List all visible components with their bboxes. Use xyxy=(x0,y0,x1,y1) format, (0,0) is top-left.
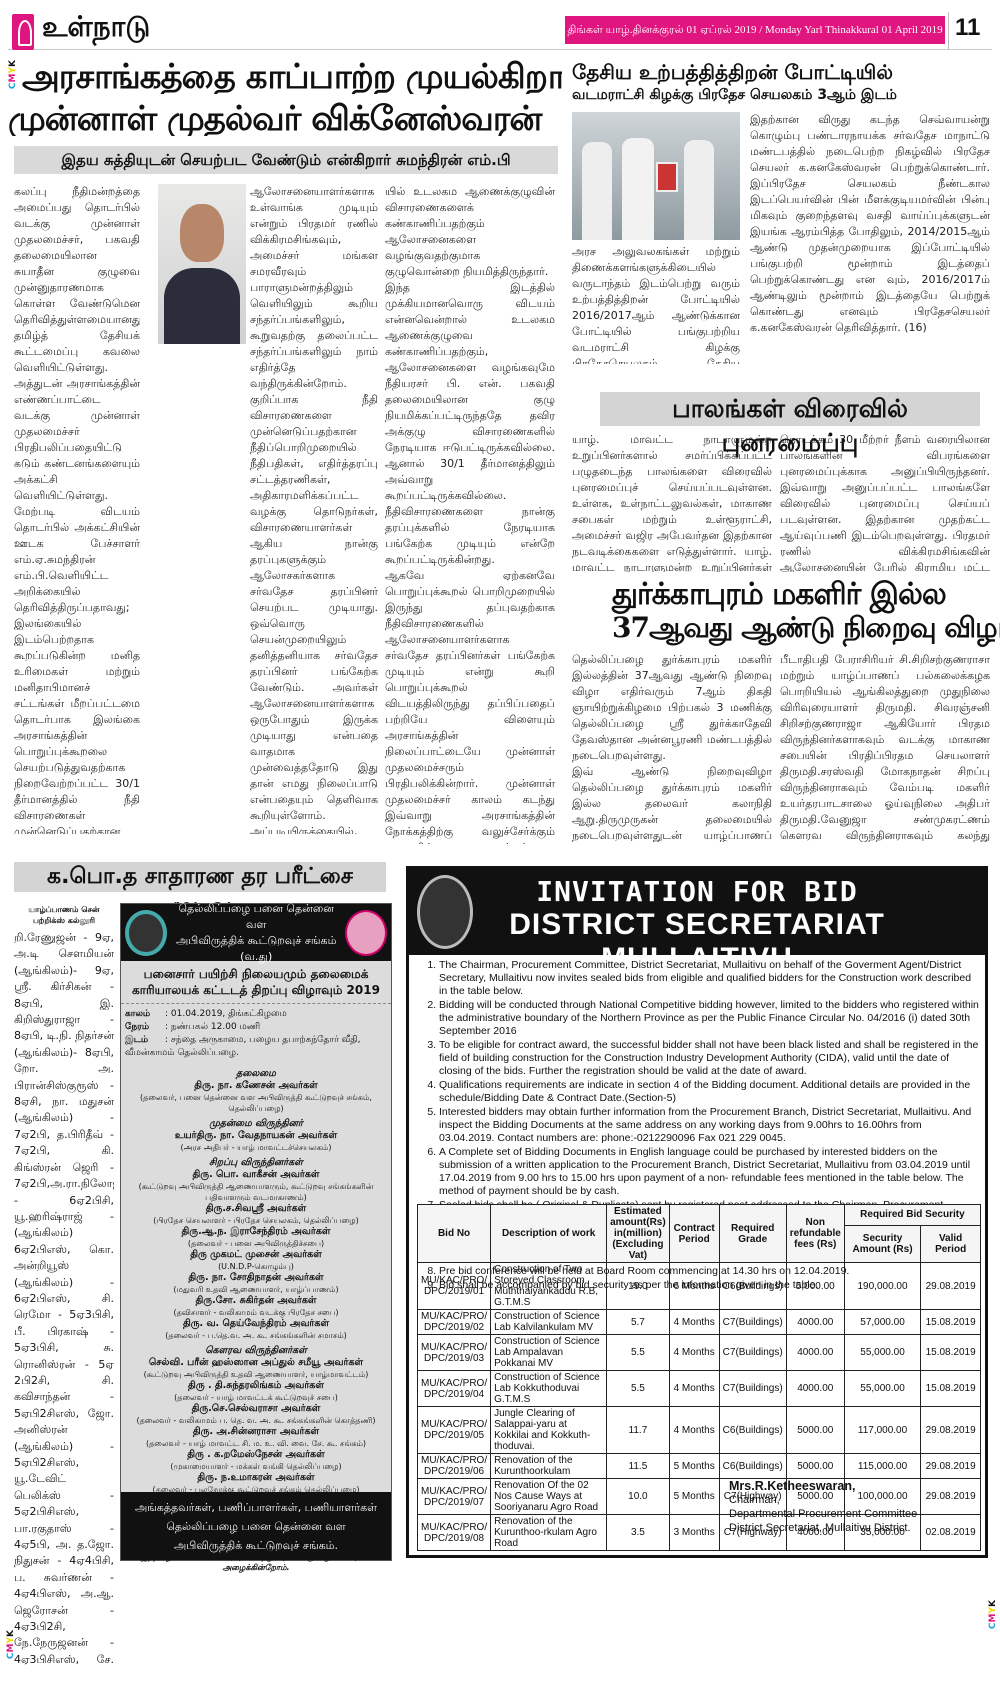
th-period: Contract Period xyxy=(669,1205,719,1263)
cell-security: 117,000.00 xyxy=(844,1407,920,1454)
lead-column-2: ஆலோசனையாளர்களாக உள்வாங்க முடியும் என்றும… xyxy=(250,184,378,834)
cell-estimated: 11.5 xyxy=(607,1454,670,1479)
story4-right-text: பீடாதிபதி பேராசிரியர் சி.சிறிசற்குணராசா … xyxy=(780,652,990,842)
event-ad-header: தெல்லிப்பழை பனை தென்னை வள அபிவிருத்திக் … xyxy=(121,904,391,961)
story2-headline: தேசிய உற்பத்தித்திறன் போட்டியில் xyxy=(572,60,992,84)
cell-period: 4 Months xyxy=(669,1310,719,1335)
results-list: றி.ரேணுஜன் - 9ஏ, அ.டி செளமியன் (ஆங்கிலம்… xyxy=(14,930,114,1670)
cell-bid-no: MU/KAC/PRO/ DPC/2019/04 xyxy=(418,1371,491,1407)
cell-valid: 29.08.2019 xyxy=(921,1407,981,1454)
signatory-line3: Departmental Procurement Committee xyxy=(729,1507,917,1521)
table-row: MU/KAC/PRO/ DPC/2019/04Construction of S… xyxy=(418,1371,981,1407)
cell-grade: C6(Buildings) xyxy=(719,1407,786,1454)
guest-role: (தலைவர் - பனை அபிவிருத்திச்சபை) xyxy=(121,1238,391,1249)
portrait-suit xyxy=(164,268,240,344)
newspaper-logo-icon xyxy=(12,14,34,50)
cell-description: Construction of Science Lab Kalvilankula… xyxy=(491,1310,607,1335)
footer-line1: அங்கத்தவர்கள், பணிப்பாளர்கள், பணியாளர்கள… xyxy=(121,1498,391,1517)
cell-bid-no: MU/KAC/PRO/ DPC/2019/07 xyxy=(418,1479,491,1515)
story2-photo xyxy=(572,112,740,240)
cell-period: 4 Months xyxy=(669,1407,719,1454)
cell-estimated: 19.0 xyxy=(607,1263,670,1310)
cmyk-mark: CMYK xyxy=(8,60,18,89)
cell-period: 6 Months xyxy=(669,1263,719,1310)
lead-headline-line1: அரசாங்கத்தை காப்பாற்ற முயல்கிறார் xyxy=(22,60,562,94)
guest-name: திரு . தி.சுந்தரலிங்கம் அவர்கள் xyxy=(121,1380,391,1392)
bid-clause: Bidding will be conducted through Nation… xyxy=(439,999,979,1038)
person-figure xyxy=(684,140,714,240)
cell-period: 4 Months xyxy=(669,1371,719,1407)
guest-section-heading: சிறப்பு விருந்தினர்கள் xyxy=(121,1157,391,1169)
cell-period: 5 Months xyxy=(669,1479,719,1515)
cell-grade: C6(Buildings) xyxy=(719,1454,786,1479)
info-label-time: நேரம் xyxy=(125,1021,165,1034)
cell-valid: 29.08.2019 xyxy=(921,1454,981,1479)
guest-role: (முகாமையாளர் - மக்கள் வங்கி தெல்லிப்பழை) xyxy=(121,1461,391,1472)
section-title: உள்நாடு xyxy=(42,10,150,47)
cell-security: 55,000.00 xyxy=(844,1371,920,1407)
event-org-line2: அபிவிருத்திக் கூட்டுறவுச் சங்கம் (வ.து) xyxy=(167,933,345,965)
guest-name: திரு.ச.சிவஸ்ரீ அவர்கள் xyxy=(121,1203,391,1215)
cell-fees: 5000.00 xyxy=(786,1407,844,1454)
event-guest-sections: தலைமைதிரு. நா. கணேசன் அவர்கள்(தலைவர், பன… xyxy=(121,1068,391,1518)
th-security-group: Required Bid Security xyxy=(844,1205,980,1226)
event-title-line2: காரியாலயக் கட்டடத் திறப்பு விழாவும் 2019 xyxy=(121,982,391,998)
story4-headline-line1: துர்க்காபுரம் மகளிர் இல்ல xyxy=(612,580,992,610)
footer-line2: தெல்லிப்பழை பனை தென்னை வள xyxy=(121,1517,391,1536)
th-security-amount: Security Amount (Rs) xyxy=(844,1225,920,1262)
results-headline: க.பொ.த சாதாரண தர பரீட்சை முடிவு xyxy=(14,862,386,892)
cell-description: Renovation of the Kurunthoorkulam xyxy=(491,1454,607,1479)
th-bid-no: Bid No xyxy=(418,1205,491,1263)
story3-headline: பாலங்கள் விரைவில் புனரமைப்பு xyxy=(600,392,980,426)
lead-headline-line2: முன்னாள் முதல்வர் விக்னேஸ்வரன் xyxy=(8,102,562,136)
cell-security: 115,000.00 xyxy=(844,1454,920,1479)
divider xyxy=(948,12,949,50)
cell-description: Construction of Two Storeyed Classroom M… xyxy=(491,1263,607,1310)
cell-estimated: 5.5 xyxy=(607,1335,670,1371)
lead-subhead: இதய சுத்தியுடன் செயற்பட வேண்டும் என்கிறா… xyxy=(14,146,558,174)
cell-fees: 4000.00 xyxy=(786,1310,844,1335)
signature-block: Mrs.R.Ketheeswaran, Chairman, Department… xyxy=(729,1479,917,1535)
guest-name: திரு . க.றமேஸ்நேசன் அவர்கள் xyxy=(121,1449,391,1461)
guest-section-heading: தலைமை xyxy=(121,1068,391,1080)
guest-role: (தலைவர் - ப.தெ.வ. அ. கூ. சங்கங்களின் சமா… xyxy=(121,1330,391,1341)
event-title-line1: பனைசார் பயிற்சி நிலையமும் தலைமைக் xyxy=(121,966,391,982)
th-grade: Required Grade xyxy=(719,1205,786,1263)
event-info: காலம்: 01.04.2019, திங்கட்கிழமை நேரம்: ந… xyxy=(121,1004,391,1064)
info-value-date: : 01.04.2019, திங்கட்கிழமை xyxy=(165,1009,287,1019)
cell-description: Renovation of the Kurunthoo-rkulam Agro … xyxy=(491,1515,607,1551)
cell-description: Construction of Science Lab Kokkuthoduva… xyxy=(491,1371,607,1407)
story4-left-text: தெல்லிப்பழை துர்க்காபுரம் மகளிர் இல்லத்த… xyxy=(572,652,772,842)
info-label-venue: இடம் xyxy=(125,1034,165,1047)
bid-clause: Qualifications requirements are indicate… xyxy=(439,1079,979,1105)
cell-estimated: 3.5 xyxy=(607,1515,670,1551)
th-fees: Non refundable fees (Rs) xyxy=(786,1205,844,1263)
guest-name: திரு. வ. தெய்வேந்திரம் அவர்கள் xyxy=(121,1318,391,1330)
lead-column-1: கலப்பு நீதிமன்றத்தை அமைப்பது தொடர்பில் வ… xyxy=(14,184,140,834)
cell-bid-no: MU/KAC/PRO/ DPC/2019/03 xyxy=(418,1335,491,1371)
page-number: 11 xyxy=(955,14,980,42)
th-valid: Valid Period xyxy=(921,1225,981,1262)
guest-role: (மதுவரி உதவி ஆணையாளர், யாழ்ப்பாணம்) xyxy=(121,1284,391,1295)
bid-notice: INVITATION FOR BID DISTRICT SECRETARIAT … xyxy=(406,866,988,1558)
story2-right-text: இதற்கான விருது கடந்த செவ்வாயன்று கொழும்ப… xyxy=(750,112,990,372)
footer-line3: அபிவிருத்திக் கூட்டுறவுச் சங்கம். xyxy=(121,1536,391,1555)
cell-description: Jungle Clearing of Salappai-yaru at Kokk… xyxy=(491,1407,607,1454)
cell-security: 190,000.00 xyxy=(844,1263,920,1310)
cell-fees: 4000.00 xyxy=(786,1371,844,1407)
guest-name: உயர்திரு. நா. வேதநாயகன் அவர்கள் xyxy=(121,1130,391,1142)
signatory-title: Chairman, xyxy=(729,1493,917,1507)
table-row: MU/KAC/PRO/ DPC/2019/06Renovation of the… xyxy=(418,1454,981,1479)
story3-right-text: தொடக்கம் 30 மீற்றர் நீளம் வரையிலான பாலங்… xyxy=(780,432,990,572)
table-row: MU/KAC/PRO/ DPC/2019/02Construction of S… xyxy=(418,1310,981,1335)
temple-seal-icon xyxy=(345,910,387,956)
guest-role: (தலைவர் - யாழ் மாவட்ட சி. ம. உ. வி. வை. … xyxy=(121,1438,391,1449)
guest-name: திரு. நா. சோதிநாதன் அவர்கள் xyxy=(121,1272,391,1284)
cell-description: Construction of Science Lab Ampalavan Po… xyxy=(491,1335,607,1371)
guest-role: (கூட்டுறவு அபிவிருத்தி ஆணையாளரும், கூட்ட… xyxy=(121,1181,391,1203)
th-estimated: Estimated amount(Rs) in(million) (Exclud… xyxy=(607,1205,670,1263)
guest-name: திரு. ந.உமாகரன் அவர்கள் xyxy=(121,1472,391,1484)
cooperative-logo-icon xyxy=(125,910,167,956)
cell-valid: 15.08.2019 xyxy=(921,1335,981,1371)
bid-header: INVITATION FOR BID DISTRICT SECRETARIAT … xyxy=(409,869,985,955)
cell-fees: 5,000.00 xyxy=(786,1263,844,1310)
results-school: யாழ்ப்பாணம் சென் பற்றிக்ஸ் கல்லூரி xyxy=(14,904,114,926)
bid-clause: Interested bidders may obtain further in… xyxy=(439,1106,979,1145)
cell-period: 5 Months xyxy=(669,1454,719,1479)
cell-valid: 29.08.2019 xyxy=(921,1479,981,1515)
cell-grade: C7(Buildings) xyxy=(719,1310,786,1335)
cell-security: 55,000.00 xyxy=(844,1335,920,1371)
info-value-time: : நண்பகல் 12.00 மணி xyxy=(165,1022,260,1032)
table-row: MU/KAC/PRO/ DPC/2019/05Jungle Clearing o… xyxy=(418,1407,981,1454)
cell-estimated: 5.5 xyxy=(607,1371,670,1407)
cell-bid-no: MU/KAC/PRO/ DPC/2019/02 xyxy=(418,1310,491,1335)
cell-bid-no: MU/KAC/PRO/ DPC/2019/06 xyxy=(418,1454,491,1479)
guest-role: (பிரதேச செயலாளர் - பிரதேச செயலகம், தெல்ல… xyxy=(121,1215,391,1226)
cell-security: 57,000.00 xyxy=(844,1310,920,1335)
bid-clause: The Chairman, Procurement Committee, Dis… xyxy=(439,959,979,998)
cell-period: 4 Months xyxy=(669,1335,719,1371)
event-advertisement: தெல்லிப்பழை பனை தென்னை வள அபிவிருத்திக் … xyxy=(120,903,392,1561)
person-figure xyxy=(582,142,612,240)
cell-estimated: 10.0 xyxy=(607,1479,670,1515)
guest-name: திரு. பொ. வாகீசன் அவர்கள் xyxy=(121,1169,391,1181)
dateline: திங்கள் யாழ்.தினக்குரல் 01 ஏப்ரல் 2019 /… xyxy=(565,16,945,44)
table-row: MU/KAC/PRO/ DPC/2019/03Construction of S… xyxy=(418,1335,981,1371)
cell-bid-no: MU/KAC/PRO/ DPC/2019/01 xyxy=(418,1263,491,1310)
person-figure xyxy=(622,138,654,240)
bid-clause: A Complete set of Bidding Documents in E… xyxy=(439,1146,979,1198)
sri-lanka-emblem-icon xyxy=(417,875,473,949)
bid-title: INVITATION FOR BID xyxy=(409,869,985,908)
guest-role: (தலைவர் - யாழ் மாவட்டக் கூட்டுறவுச் சபை) xyxy=(121,1392,391,1403)
cmyk-mark: CMYK xyxy=(988,1600,998,1629)
cell-bid-no: MU/KAC/PRO/ DPC/2019/08 xyxy=(418,1515,491,1551)
cell-estimated: 11.7 xyxy=(607,1407,670,1454)
guest-name: திரு. அ.சின்னராசா அவர்கள் xyxy=(121,1426,391,1438)
signatory-line4: District Secretariat, Mullaitivu Distric… xyxy=(729,1521,917,1535)
guest-role: (கூட்டுறவு அபிவிருத்தி உதவி ஆணையாளர், யா… xyxy=(121,1369,391,1380)
lead-column-3: யில் உடலகம ஆணைக்குழுவின் விசாரணைகளைக் கண… xyxy=(385,184,555,844)
guest-name: திரு.செ.செல்வராசா அவர்கள் xyxy=(121,1403,391,1415)
cell-bid-no: MU/KAC/PRO/ DPC/2019/05 xyxy=(418,1407,491,1454)
guest-name: திரு முகமட் முசைன் அவர்கள் xyxy=(121,1249,391,1261)
guest-name: திரு. நா. கணேசன் அவர்கள் xyxy=(121,1080,391,1092)
story2-left-text: அரச அலுவலகங்கள் மற்றும் திணைக்களங்களுக்க… xyxy=(572,244,740,364)
cell-period: 3 Months xyxy=(669,1515,719,1551)
lead-photo xyxy=(158,184,246,344)
guest-role: (அரச அதிபர் - யாழ் மாவட்டச்செயலகம்) xyxy=(121,1142,391,1153)
guest-name: செல்வி. பரீன் ஹஸ்ஸான அப்துல் சமீயூ அவர்க… xyxy=(121,1357,391,1369)
portrait-face xyxy=(180,204,224,262)
cell-description: Renovation Of the 02 Nos Cause Ways at S… xyxy=(491,1479,607,1515)
info-label-date: காலம் xyxy=(125,1008,165,1021)
guest-role: (தவிசாளர் - வலிகாமம் வடக்கு பிரதேச சபை) xyxy=(121,1307,391,1318)
award-certificate xyxy=(656,162,678,192)
cell-estimated: 5.7 xyxy=(607,1310,670,1335)
guest-section-heading: முதன்மை விருந்தினர் xyxy=(121,1118,391,1130)
table-row: MU/KAC/PRO/ DPC/2019/01Construction of T… xyxy=(418,1263,981,1310)
guest-role: (U.N.D.P-கொழும்பு) xyxy=(121,1261,391,1272)
th-description: Description of work xyxy=(491,1205,607,1263)
cell-grade: C7(Buildings) xyxy=(719,1371,786,1407)
cell-fees: 4000.00 xyxy=(786,1335,844,1371)
cell-valid: 15.08.2019 xyxy=(921,1310,981,1335)
guest-role: (தலைவர், பனை தென்னை வள அபிவிருத்தி கூட்ட… xyxy=(121,1092,391,1114)
guest-name: திரு.சோ. சுகிர்தன் அவர்கள் xyxy=(121,1295,391,1307)
story4-headline-line2: 37ஆவது ஆண்டு நிறைவு விழா xyxy=(612,614,992,642)
cell-valid: 29.08.2019 xyxy=(921,1263,981,1310)
cell-valid: 02.08.2019 xyxy=(921,1515,981,1551)
guest-name: திரு.ஆ.ந. இராசேந்திரம் அவர்கள் xyxy=(121,1226,391,1238)
signatory-name: Mrs.R.Ketheeswaran, xyxy=(729,1479,917,1493)
cell-fees: 5000.00 xyxy=(786,1454,844,1479)
guest-section-heading: கௌரவ விருந்தினர்கள் xyxy=(121,1345,391,1357)
cell-valid: 15.08.2019 xyxy=(921,1371,981,1407)
event-ad-footer: அங்கத்தவர்கள், பணிப்பாளர்கள், பணியாளர்கள… xyxy=(121,1492,391,1560)
story2-subheadline: வடமராட்சி கிழக்கு பிரதேச செயலகம் 3ஆம் இட… xyxy=(572,86,992,104)
bid-clause: To be eligible for contract award, the s… xyxy=(439,1039,979,1078)
cmyk-mark: CMYK xyxy=(6,1630,16,1659)
cell-grade: C6(Buildings) xyxy=(719,1263,786,1310)
cell-grade: C7(Buildings) xyxy=(719,1335,786,1371)
event-org-line1: தெல்லிப்பழை பனை தென்னை வள xyxy=(167,901,345,933)
guest-role: (தலைவர் - வலிகாமம் ப. தெ. வ. அ. கூ. சங்க… xyxy=(121,1415,391,1426)
story3-left-text: யாழ். மாவட்ட நாடாளுமன்ற உறுப்பினர்களால் … xyxy=(572,432,772,572)
